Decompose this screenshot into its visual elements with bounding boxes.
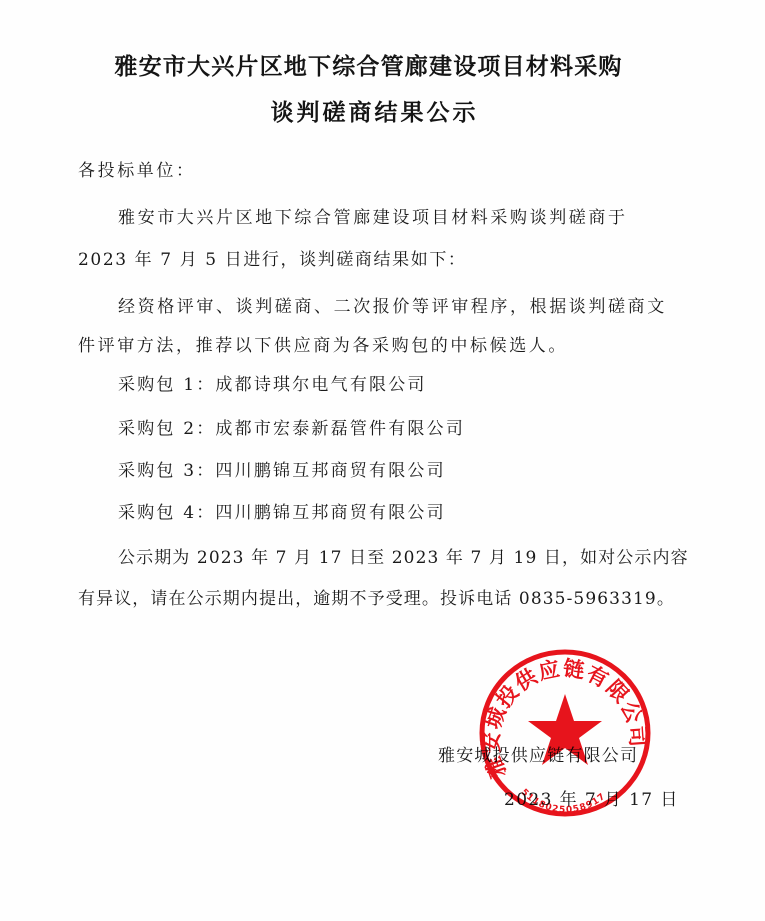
package-supplier: 成都市宏泰新磊管件有限公司 <box>215 419 465 439</box>
signature-company: 雅安城投供应链有限公司 <box>438 741 638 766</box>
signature-date: 2023 年 7 月 17 日 <box>504 785 679 810</box>
paragraph-2-line-2: 件评审方法，推荐以下供应商为各采购包的中标候选人。 <box>78 331 568 356</box>
package-supplier: 四川鹏锦互邦商贸有限公司 <box>215 503 445 523</box>
package-item-3: 采购包 3：四川鹏锦互邦商贸有限公司 <box>118 456 446 481</box>
package-item-2: 采购包 2：成都市宏泰新磊管件有限公司 <box>118 414 465 439</box>
notice-page: 雅安市大兴片区地下综合管廊建设项目材料采购 谈判磋商结果公示 各投标单位： 雅安… <box>0 0 765 921</box>
package-label: 采购包 1： <box>118 375 215 395</box>
package-label: 采购包 2： <box>118 419 215 439</box>
package-supplier: 四川鹏锦互邦商贸有限公司 <box>215 461 445 481</box>
paragraph-1-line-1: 雅安市大兴片区地下综合管廊建设项目材料采购谈判磋商于 <box>118 203 628 228</box>
salutation: 各投标单位： <box>78 156 196 181</box>
package-item-4: 采购包 4：四川鹏锦互邦商贸有限公司 <box>118 498 446 523</box>
document-title-line-2: 谈判磋商结果公示 <box>0 94 757 127</box>
paragraph-2-line-1: 经资格评审、谈判磋商、二次报价等评审程序，根据谈判磋商文 <box>118 292 667 317</box>
paragraph-1-line-2: 2023 年 7 月 5 日进行，谈判磋商结果如下： <box>78 245 467 270</box>
package-label: 采购包 4： <box>118 503 215 523</box>
package-item-1: 采购包 1：成都诗琪尔电气有限公司 <box>118 370 427 395</box>
paragraph-3-line-2: 有异议，请在公示期内提出，逾期不予受理。投诉电话 0835-5963319。 <box>78 584 675 609</box>
paragraph-3-line-1: 公示期为 2023 年 7 月 17 日至 2023 年 7 月 19 日，如对… <box>118 543 689 568</box>
package-supplier: 成都诗琪尔电气有限公司 <box>215 375 426 395</box>
document-title-line-1: 雅安市大兴片区地下综合管廊建设项目材料采购 <box>0 48 751 81</box>
package-label: 采购包 3： <box>118 461 215 481</box>
